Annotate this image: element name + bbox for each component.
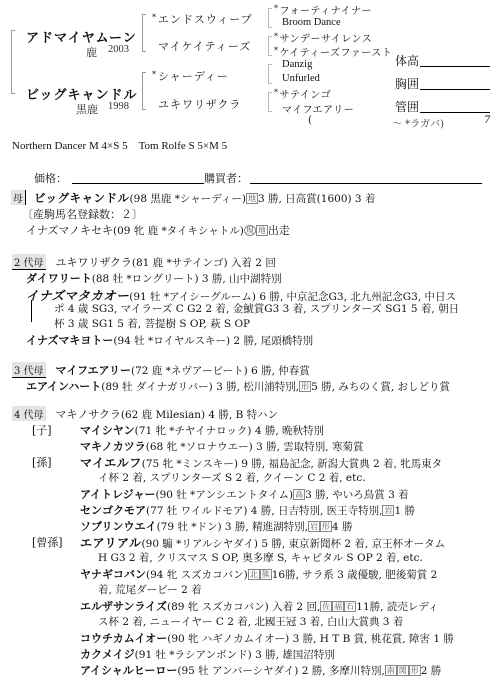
dam-color: 黒鹿 — [76, 101, 98, 117]
sire-dam: マイケイティーズ — [158, 38, 251, 54]
height-field[interactable] — [420, 66, 490, 67]
continuation-bar — [31, 300, 32, 322]
child-row: マキノカツラ(68 牝 *ソロナウエー) 3 勝, 雲取特別, 寒菊賞 — [80, 438, 363, 454]
family-note-open: ( — [308, 115, 312, 126]
sire-color: 鹿 — [86, 44, 97, 60]
g3-ancestor-5: Danzig — [282, 59, 312, 70]
great-grandchild-row: カクメイジ(91 牡 *ラシアンボンド) 3 勝, 雄国沼特別 — [80, 646, 335, 662]
sire-sire: *エンドスウィープ — [152, 11, 253, 27]
chest-field[interactable] — [420, 89, 490, 90]
chest-label: 胸囲 — [395, 75, 419, 92]
dam-line: 母ビッグキャンドル(98 黒鹿 *シャーディー)地3 勝, 日高賞(1600) … — [11, 190, 375, 206]
second-dam-label: 2 代母 — [12, 254, 46, 270]
foals-registered: 〔産駒馬名登録数：２〕 — [22, 206, 143, 222]
dam-dam: ユキワリザクラ — [158, 96, 241, 112]
family-note: ～ *ラガバ) — [392, 115, 444, 130]
pedigree-bracket — [11, 30, 15, 94]
g3-ancestor-1: *フォーティナイナー — [274, 2, 372, 17]
grandchild-row: マイエルフ(75 牝 *ミンスキー) 9 勝, 福島記念, 新潟大賞典 2 着,… — [80, 454, 442, 471]
grandchild-row: ソブリンウエイ(79 牡 *ドン) 3 勝, 精進湖特別,岩形4 勝 — [80, 518, 352, 534]
dam-sire: *シャーディー — [152, 68, 229, 84]
buyer-label: 購買者： — [204, 170, 248, 186]
grandchild-row: センゴクモア(77 牡 ワイルドモア) 4 勝, 日吉特別, 医王寺特別,岩1 … — [80, 502, 415, 518]
grandchild-row: アイトレジャー(90 牡 *アンシエントタイム)高3 勝, やいろ鳥賞 3 着 — [80, 486, 409, 502]
height-label: 体高 — [395, 52, 419, 69]
g3-ancestor-8: マイフエアリー — [282, 101, 354, 116]
inbreeding-note: Northern Dancer M 4×S 5 Tom Rolfe S 5×M … — [12, 137, 227, 153]
third-dam-line: 3 代母マイフエアリー(72 鹿 *ネヴアービート) 6 勝, 仲春賞 — [12, 362, 310, 378]
grandchildren-label: [孫] — [32, 454, 52, 470]
cannon-label: 管囲 — [395, 98, 419, 115]
offspring-cont: 杯 3 歳 SG1 5 着, 菩提樹 S OP, 萩 S OP — [54, 316, 250, 331]
cannon-field[interactable] — [420, 112, 490, 113]
buyer-field[interactable] — [250, 183, 482, 184]
g3-bracket-1 — [268, 8, 272, 28]
fourth-dam-label: 4 代母 — [12, 406, 46, 421]
family-number: 7 — [484, 115, 490, 126]
g3-ancestor-3: *サンデーサイレンス — [274, 30, 372, 45]
great-grandchild-row: ヤナギコバン(94 牝 スズカコバン)北熊16勝, サラ系 3 歳優駿, 肥後菊… — [80, 566, 437, 582]
great-grandchild-cont: ス杯 2 着, ニューイヤー C 2 着, 北國王冠 3 着, 白山大賞典 3 … — [98, 614, 403, 629]
price-field[interactable] — [72, 183, 204, 184]
great-grandchild-row: エルザサンライズ(89 牝 スズカコバン) 入着 2 回,佐福石11勝, 読売レ… — [80, 598, 438, 614]
price-label: 価格： — [34, 170, 67, 186]
offspring-row: ダイワリート(88 牡 *ロングリート) 3 勝, 山中湖特別 — [26, 270, 282, 286]
dam-bracket — [142, 72, 146, 110]
third-dam-label: 3 代母 — [12, 362, 46, 378]
great-grandchild-row: アイシャルヒーロー(95 牡 アンバーシヤダイ) 2 勝, 多摩川特別,南関形2… — [80, 662, 441, 676]
second-dam-line: 2 代母ユキワリザクラ(81 鹿 *サテインゴ) 入着 2 回 — [12, 254, 276, 270]
offspring-cont: ポ 4 歳 SG3, マイラーズ C G2 2 着, 金鯱賞G3 3 着, スプ… — [54, 301, 459, 316]
great-grandchild-row: エアリアル(90 騸 *リアルシヤダイ) 5 勝, 東京新聞杯 2 着, 京王杯… — [80, 534, 445, 551]
dam-horse-name: ビッグキャンドル — [34, 191, 130, 205]
fourth-dam-line: 4 代母マキノサクラ(62 鹿 Milesian) 4 勝, B 特ハン — [12, 406, 278, 422]
region-badge: 地 — [246, 193, 258, 204]
dam-label: 母 — [11, 190, 26, 205]
g3-ancestor-2: Broom Dance — [282, 17, 341, 28]
sire-year: 2003 — [108, 44, 129, 55]
great-grandchild-cont: 着, 荒尾ダービー 2 着 — [98, 582, 202, 597]
children-label: [子] — [32, 422, 52, 438]
offspring-row: イナズマキヨトー(94 牡 *ロイヤルスキー) 2 勝, 尾頭橋特別 — [26, 332, 313, 348]
sire-bracket — [142, 14, 146, 52]
great-grandchildren-label: [曾孫] — [32, 534, 63, 550]
g3-ancestor-4: *ケイティーズファースト — [274, 44, 392, 59]
offspring-row: エアインハート(89 牡 ダイナガリバー) 3 勝, 松川浦特別,形5 勝, み… — [26, 378, 450, 394]
grandchild-cont: イ杯 2 着, スプリンターズ S 2 着, クイーン C 2 着, etc. — [98, 470, 366, 485]
g3-ancestor-7: *サテインゴ — [274, 86, 331, 101]
foal-row: イナズマノキセキ(09 牝 鹿 *タイキシャトル)現地出走 — [26, 222, 290, 238]
child-row: マイシヤン(71 牝 *チヤイナロック) 4 勝, 晩秋特別 — [80, 422, 324, 438]
g3-bracket-4 — [268, 92, 272, 112]
great-grandchild-cont: H G3 2 着, クリスマス S OP, 奥多摩 S, キャピタル S OP … — [98, 550, 423, 565]
g3-bracket-2 — [268, 36, 272, 56]
g3-ancestor-6: Unfurled — [282, 73, 320, 84]
great-grandchild-row: コウチカムイオー(90 牝 ハギノカムイオー) 3 勝, H T B 賞, 桃花… — [80, 630, 454, 646]
dam-year: 1998 — [108, 101, 129, 112]
g3-bracket-3 — [268, 64, 272, 84]
